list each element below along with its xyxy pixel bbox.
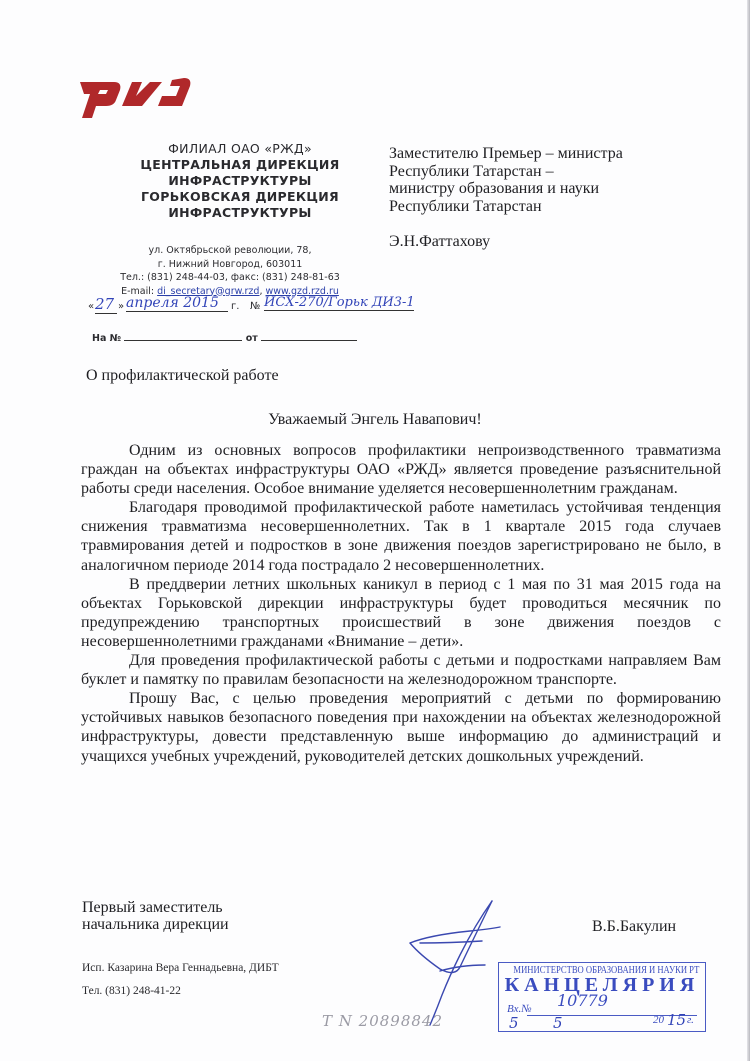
address-line: ул. Октябрьской революции, 78, [70, 244, 390, 258]
addressee-line: Республики Татарстан [389, 198, 623, 216]
registration-line: « 27 » апреля 2015 г. № ИСХ-270/Горьк ДИ… [88, 298, 408, 320]
from-blank [261, 340, 357, 341]
branch-name: ФИЛИАЛ ОАО «РЖД» [110, 141, 370, 157]
sender-block: ФИЛИАЛ ОАО «РЖД» ЦЕНТРАЛЬНАЯ ДИРЕКЦИЯ ИН… [110, 141, 370, 221]
incoming-registration-stamp: МИНИСТЕРСТВО ОБРАЗОВАНИЯ И НАУКИ РТ КАНЦ… [498, 962, 706, 1032]
quote-close: » [118, 301, 124, 312]
year-suffix: г. [231, 301, 239, 312]
addressee-name: Э.Н.Фаттахову [389, 233, 623, 251]
executor-phone: Тел. (831) 248-41-22 [82, 980, 279, 1003]
phone-line: Тел.: (831) 248-44-03, факс: (831) 248-8… [70, 271, 390, 285]
registration-number: ИСХ-270/Горьк ДИ3-1 [264, 295, 414, 311]
stamp-incoming-number: 10779 [557, 991, 608, 1010]
executor-block: Исп. Казарина Вера Геннадьевна, ДИБТ Тел… [82, 957, 279, 1003]
quote-open: « [88, 301, 94, 312]
stamp-year-prefix: 20 [653, 1014, 664, 1026]
addressee-block: Заместителю Премьер – министра Республик… [389, 145, 623, 251]
pencil-note: Т N 20898842 [322, 1012, 443, 1030]
letter-subject: О профилактической работе [86, 367, 279, 385]
reply-reference-line: На № от [92, 333, 357, 344]
paragraph: Благодаря проводимой профилактической ра… [81, 498, 721, 574]
stamp-year-end: г. [687, 1014, 694, 1026]
address-line: г. Нижний Новгород, 603011 [70, 258, 390, 272]
paragraph: В преддверии летних школьных каникул в п… [81, 575, 721, 651]
signatory-name: В.Б.Бакулин [592, 918, 676, 936]
rzd-logo-icon [78, 70, 193, 120]
signatory-title-line: Первый заместитель [82, 900, 229, 917]
stamp-organization: МИНИСТЕРСТВО ОБРАЗОВАНИЯ И НАУКИ РТ [513, 965, 690, 976]
directorate-line: ГОРЬКОВСКАЯ ДИРЕКЦИЯ [110, 189, 370, 205]
signatory-title: Первый заместитель начальника дирекции [82, 900, 229, 933]
addressee-line: Республики Татарстан – [389, 163, 623, 181]
greeting: Уважаемый Энгель Навапович! [0, 411, 750, 429]
from-label: от [246, 333, 258, 344]
registration-day: 27 [95, 295, 117, 314]
reply-to-blank [124, 340, 242, 341]
number-label: № [250, 301, 260, 312]
contact-block: ул. Октябрьской революции, 78, г. Нижний… [70, 244, 390, 298]
paragraph: Для проведения профилактической работы с… [81, 651, 721, 689]
paragraph: Одним из основных вопросов профилактики … [81, 441, 721, 498]
signatory-title-line: начальника дирекции [82, 917, 229, 934]
paragraph: Прошу Вас, с целью проведения мероприяти… [81, 689, 721, 765]
stamp-day: 5 [509, 1014, 519, 1032]
letter-body: Одним из основных вопросов профилактики … [81, 441, 721, 766]
directorate-line: ИНФРАСТРУКТУРЫ [110, 205, 370, 221]
registration-month-year: апреля 2015 [126, 295, 228, 312]
executor-name: Исп. Казарина Вера Геннадьевна, ДИБТ [82, 957, 279, 980]
addressee-line: Заместителю Премьер – министра [389, 145, 623, 163]
reply-to-label: На № [92, 333, 121, 344]
addressee-line: министру образования и науки [389, 180, 623, 198]
directorate-line: ЦЕНТРАЛЬНАЯ ДИРЕКЦИЯ [110, 157, 370, 173]
directorate-line: ИНФРАСТРУКТУРЫ [110, 173, 370, 189]
stamp-month: 5 [553, 1014, 563, 1032]
stamp-year-suffix: 15 [667, 1011, 686, 1029]
